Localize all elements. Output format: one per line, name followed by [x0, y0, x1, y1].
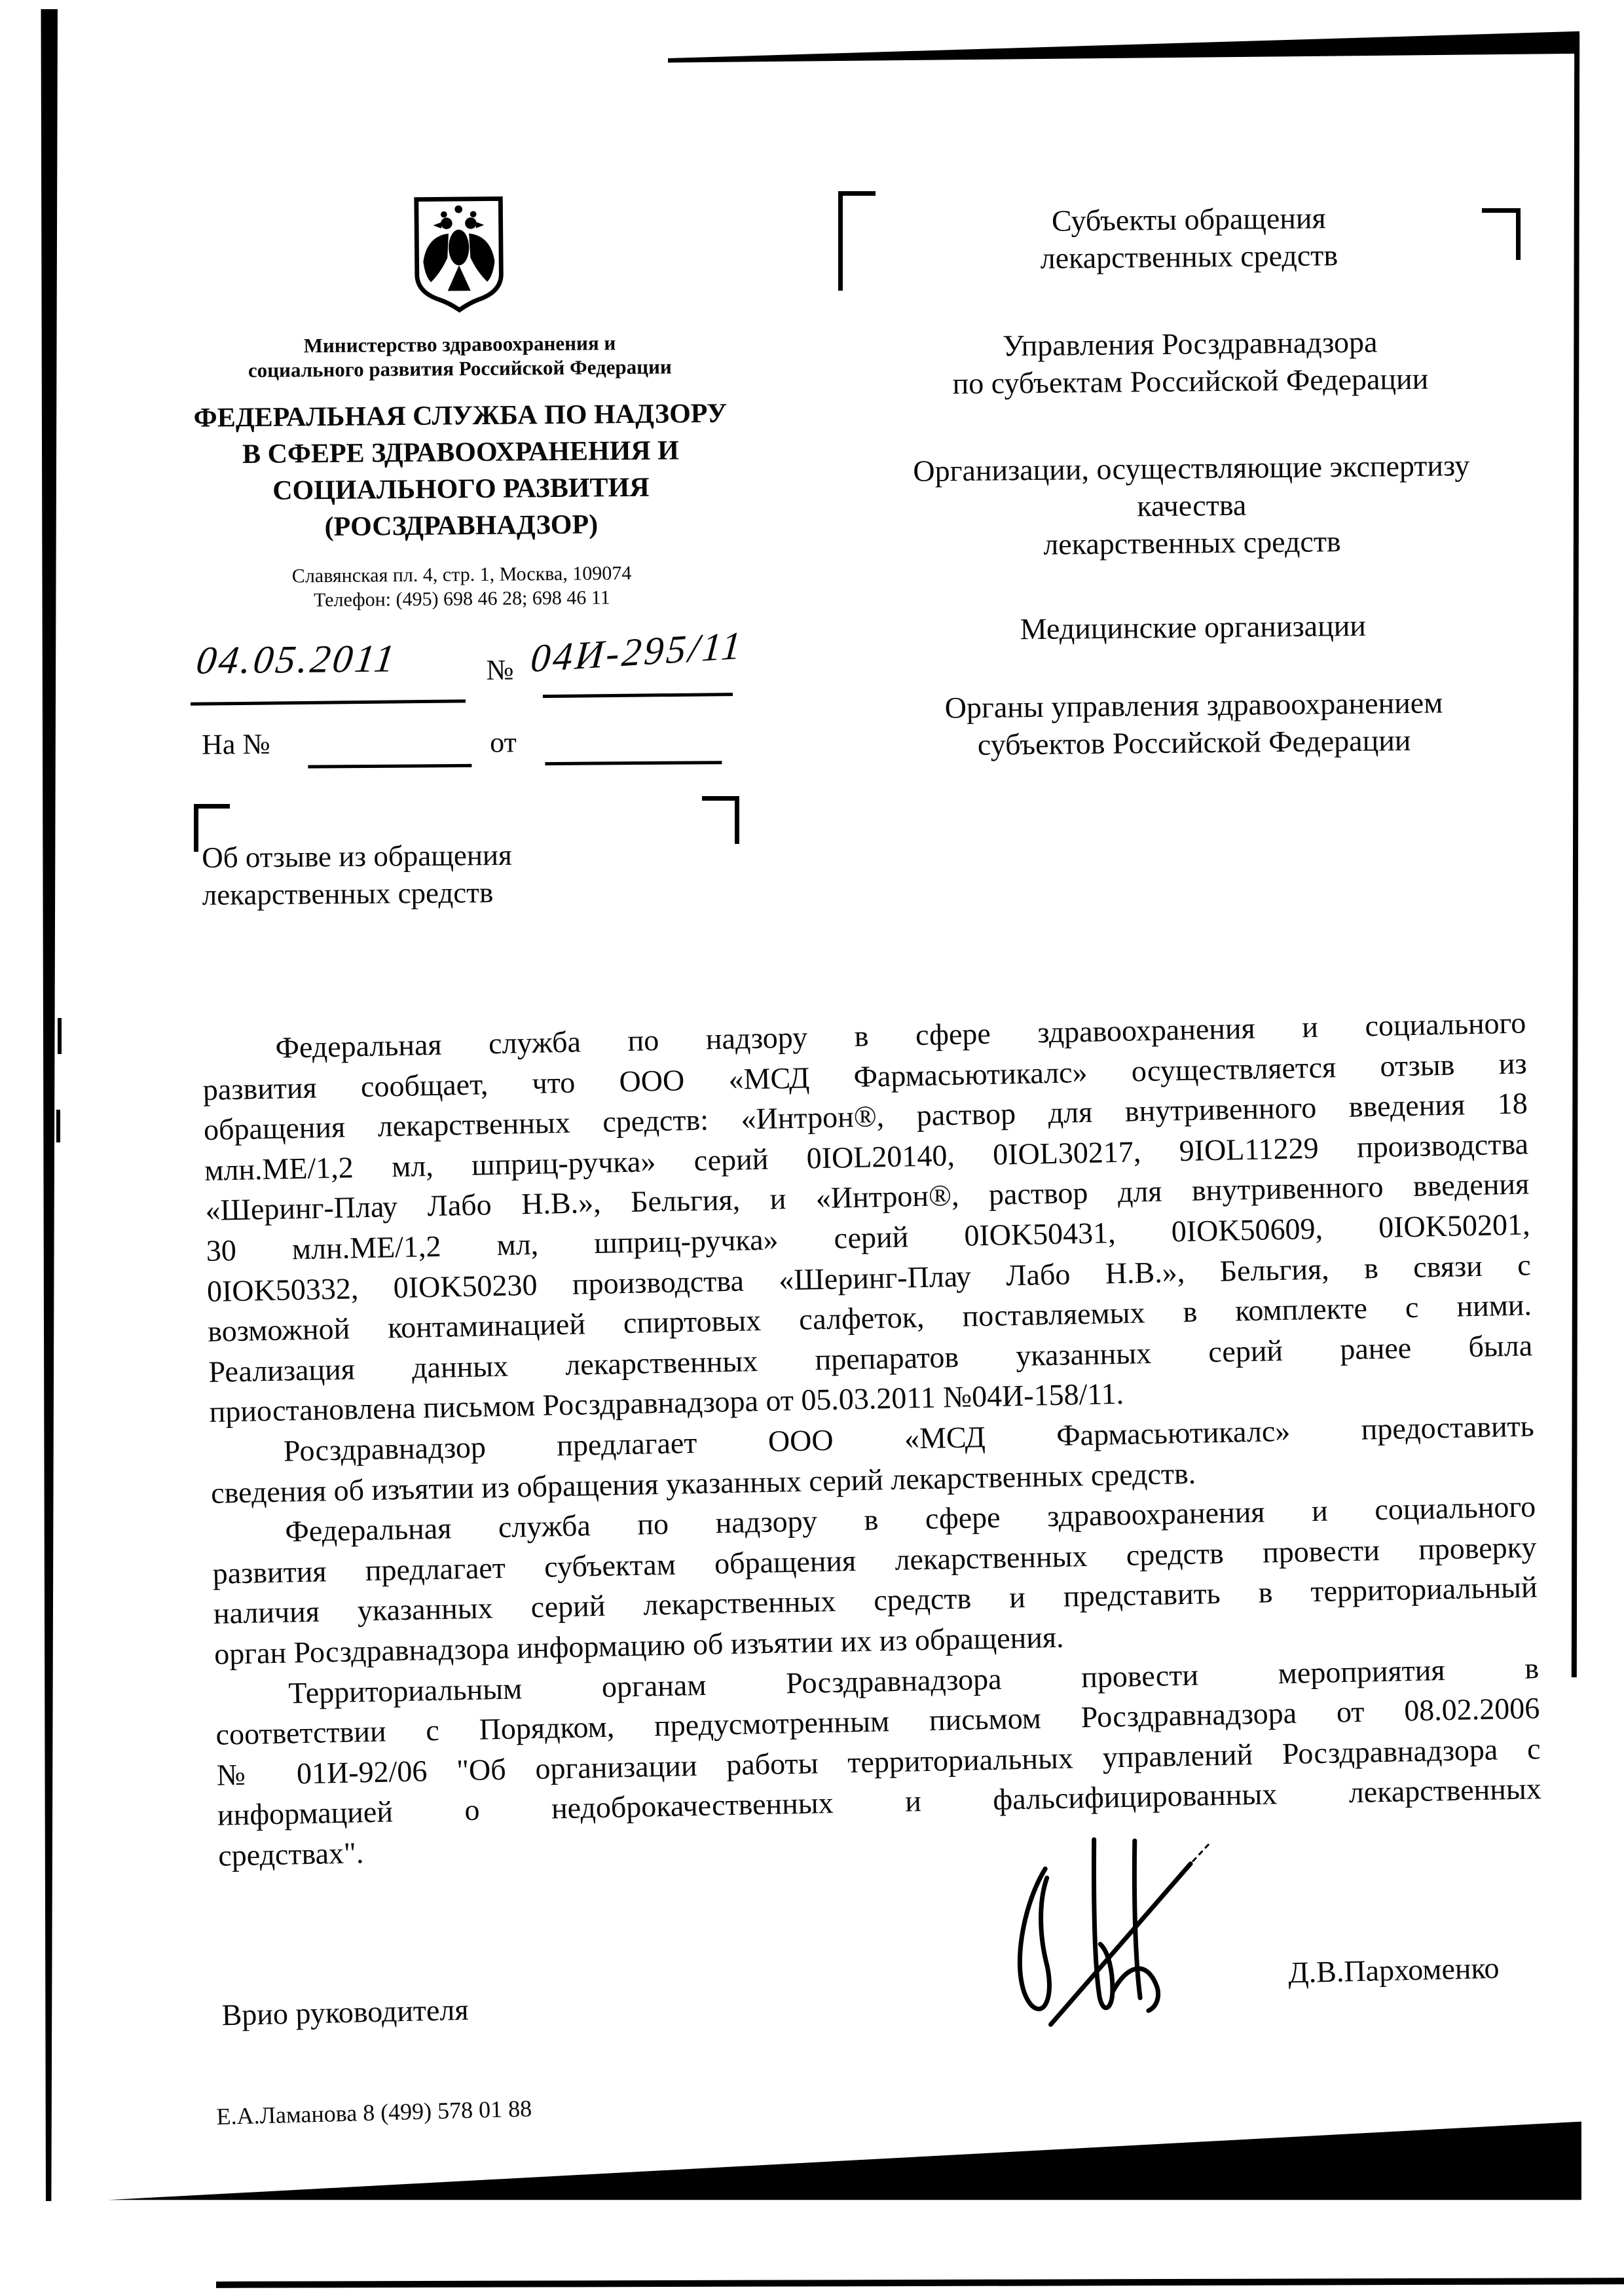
scan-artifact-bottom-wedge: [108, 2120, 1581, 2202]
scan-artifact-margin-tick: [56, 1110, 60, 1142]
service-phone: Телефон: (495) 698 46 28; 698 46 11: [180, 584, 743, 613]
scan-artifact-bottom-line: [216, 2278, 1624, 2288]
recipients-list: Субъекты обращения лекарственных средств…: [845, 197, 1538, 765]
reference-row: 04.05.2011 № 04И-295/11: [177, 632, 793, 730]
letterhead: Министерство здравоохранения и социально…: [177, 191, 744, 613]
body-text: Федеральная служба по надзору в сфере зд…: [202, 1002, 1543, 1876]
scan-artifact-margin-tick: [58, 1018, 62, 1054]
reply-number-underline: [308, 764, 471, 769]
recipient-item: Органы управления здравоохранением субъе…: [850, 683, 1538, 765]
service-name: ФЕДЕРАЛЬНАЯ СЛУЖБА ПО НАДЗОРУ В СФЕРЕ ЗД…: [179, 395, 743, 546]
scanned-letter-page: Министерство здравоохранения и социально…: [0, 0, 1624, 2296]
subject-text: Об отзыве из обращения лекарственных сре…: [202, 837, 512, 914]
signature-row: Врио руководителя Д.В.Пархоменко: [202, 1968, 1526, 2044]
signatory-title: Врио руководителя: [221, 1992, 469, 2033]
number-label: №: [486, 653, 514, 687]
signatory-name: Д.В.Пархоменко: [1288, 1950, 1500, 1990]
number-underline: [543, 693, 733, 698]
outgoing-number-handwritten: 04И-295/11: [529, 623, 745, 682]
recipient-item: Организации, осуществляющие экспертизу к…: [847, 446, 1536, 565]
russian-coat-of-arms-icon: [407, 194, 511, 316]
recipient-item: Медицинские организации: [849, 605, 1538, 649]
recipient-item: Субъекты обращения лекарственных средств: [845, 197, 1533, 279]
reply-ot-label: от: [490, 725, 517, 759]
scan-artifact-right-edge-line: [1572, 34, 1579, 1677]
reply-na-label: На №: [202, 727, 270, 761]
outgoing-date-handwritten: 04.05.2011: [194, 636, 400, 683]
recipient-item: Управления Росздравнадзора по субъектам …: [846, 321, 1534, 403]
scan-artifact-top-wedge: [668, 29, 1579, 65]
scan-artifact-left-bar: [38, 9, 58, 2201]
reply-reference-row: На № от: [177, 724, 767, 780]
reply-date-underline: [545, 761, 722, 765]
subject-corner-right: [702, 796, 739, 844]
date-underline: [191, 699, 466, 705]
ministry-name: Министерство здравоохранения и социально…: [178, 329, 742, 383]
executor-note: Е.А.Ламанова 8 (499) 578 01 88: [216, 2094, 532, 2130]
